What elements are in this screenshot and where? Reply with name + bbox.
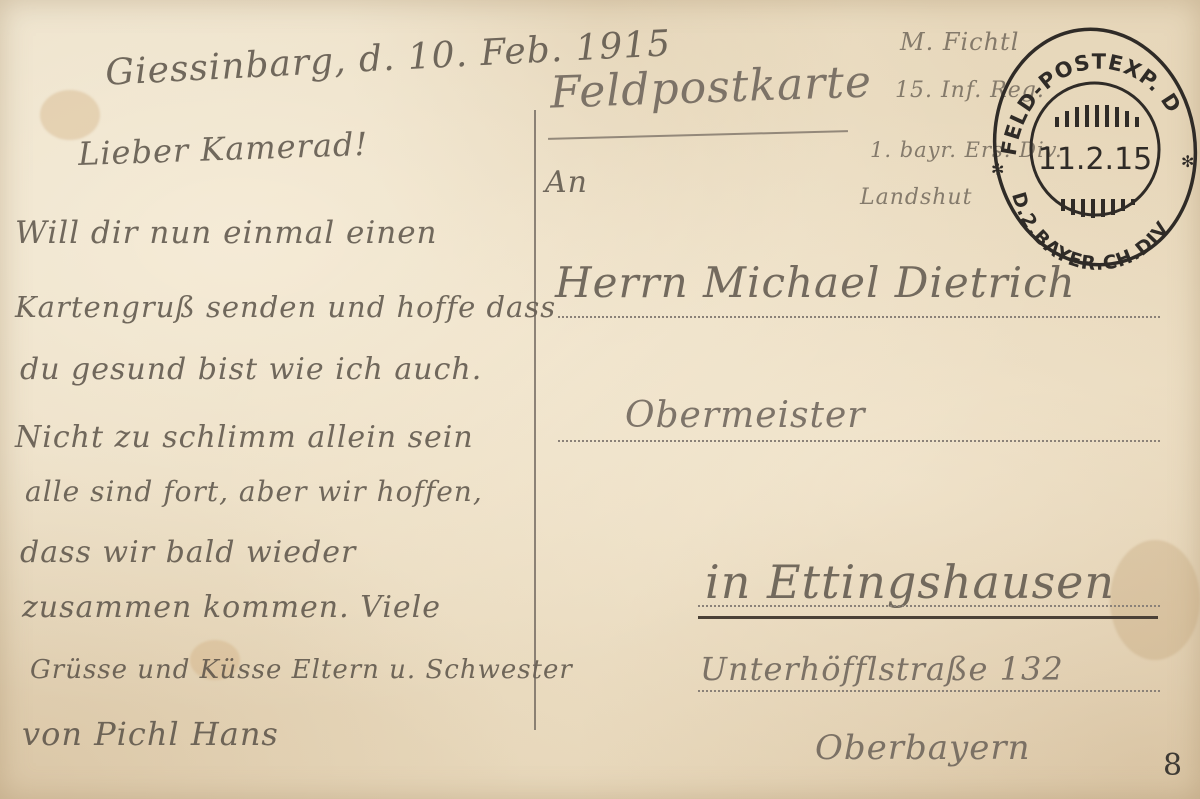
sender-note-line: Landshut: [860, 185, 972, 210]
address-occupation: Obermeister: [625, 395, 865, 436]
svg-text:✻: ✻: [1181, 152, 1194, 171]
postcard-back: Giessinbarg, d. 10. Feb. 1915 Lieber Kam…: [0, 0, 1200, 799]
postmark-stamp: 11.2.15 FELD-POSTEXP. D D.2.BAYER.CH.DIV…: [985, 17, 1199, 275]
address-street: Unterhöfflstraße 132: [700, 650, 1064, 688]
message-line: du gesund bist wie ich auch.: [20, 352, 482, 387]
message-line: alle sind fort, aber wir hoffen,: [25, 475, 483, 508]
message-salutation: Lieber Kamerad!: [77, 125, 368, 173]
address-rule-1: [558, 316, 1160, 318]
corner-number: 8: [1163, 748, 1182, 783]
svg-text:✻: ✻: [991, 160, 1004, 179]
paper-stain: [40, 90, 100, 140]
address-rule-4: [698, 690, 1160, 692]
message-line: zusammen kommen. Viele: [22, 590, 441, 625]
address-region: Oberbayern: [815, 728, 1031, 768]
address-recipient: Herrn Michael Dietrich: [555, 258, 1076, 307]
center-divider: [534, 110, 536, 730]
message-line: Grüsse und Küsse Eltern u. Schwester: [30, 655, 573, 685]
to-label: An: [545, 165, 588, 200]
card-title: Feldpostkarte: [549, 56, 873, 118]
postmark-date: 11.2.15: [1038, 142, 1153, 177]
message-line: dass wir bald wieder: [20, 535, 356, 570]
address-rule-3: [698, 605, 1160, 607]
message-signature: von Pichl Hans: [22, 715, 279, 753]
message-line: Will dir nun einmal einen: [15, 215, 438, 251]
paper-stain: [1110, 540, 1200, 660]
message-line: Nicht zu schlimm allein sein: [15, 420, 474, 455]
message-line: Kartengruß senden und hoffe dass: [15, 290, 556, 324]
address-town: in Ettingshausen: [705, 555, 1115, 609]
address-rule-2: [558, 440, 1160, 442]
title-underline: [548, 130, 848, 140]
address-town-underline: [698, 616, 1158, 619]
